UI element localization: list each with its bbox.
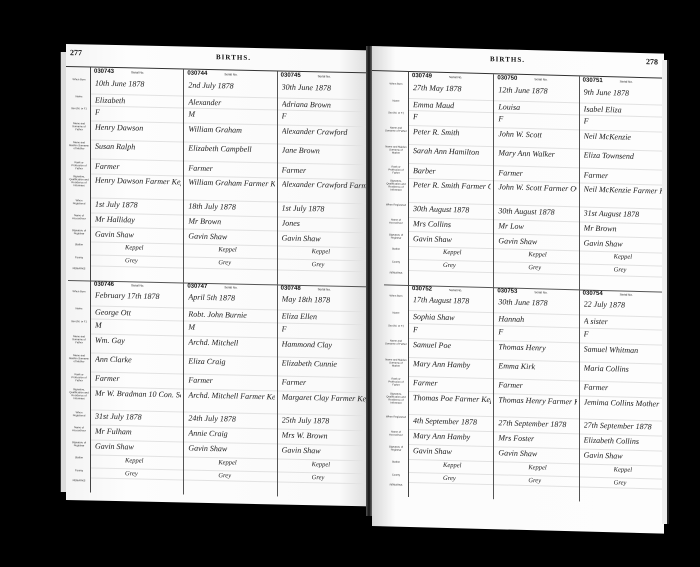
entry-name: Alexander: [188, 97, 274, 108]
row-label: Name and Maiden Surname of Mother: [385, 358, 407, 368]
entry-when-registered: 18th July 1878: [188, 201, 274, 212]
entry-informant: Thomas Poe Farmer Keppel: [413, 393, 491, 404]
serial-label: Serial No.: [131, 70, 144, 74]
row-label: Name and Surname of Father: [69, 335, 89, 344]
entry-station: Keppel: [614, 466, 662, 474]
entry-county: Grey: [443, 474, 491, 482]
entry-accoucheur: Annie Craig: [188, 429, 274, 440]
entry-when-born: May 18th 1878: [282, 295, 368, 306]
row-label: County: [385, 260, 407, 264]
entry-mother: Ann Clarke: [95, 354, 181, 365]
entry-station: Keppel: [443, 249, 491, 257]
right-register-table: When BornNameSex (M. or F.)Name and Surn…: [372, 70, 664, 504]
entry-county: Grey: [443, 262, 491, 270]
row-label: County: [69, 256, 89, 259]
entry-profession: Farmer: [282, 378, 368, 389]
row-label: Signature of Registrar: [69, 229, 89, 235]
entry-when-born: 9th June 1878: [584, 87, 662, 98]
entry-accoucheur: Mr Halliday: [95, 214, 181, 225]
row-label: Sex (M. or F.): [69, 107, 89, 110]
entry-registrar: Gavin Shaw: [282, 233, 368, 244]
entry-when-registered: 27th September 1878: [584, 421, 662, 432]
entry-column: 030743Serial No.10th June 1878ElizabethF…: [91, 68, 184, 495]
right-page-number: 278: [646, 57, 658, 66]
entry-registrar: Gavin Shaw: [584, 451, 662, 462]
entry-accoucheur: Mrs Foster: [498, 433, 576, 444]
entry-when-born: 2nd July 1878: [188, 80, 274, 91]
entry-sex: F: [95, 108, 181, 119]
entry-when-born: 30th June 1878: [282, 82, 368, 93]
row-label: Name and Surname of Father: [385, 127, 407, 134]
entry-accoucheur: Mary Ann Hamby: [413, 431, 491, 442]
entry-profession: Farmer: [584, 383, 662, 394]
entry-father: Wm. Gay: [95, 335, 181, 346]
entry-name: Elizabeth: [95, 95, 181, 106]
entry-name: A sister: [584, 317, 662, 328]
row-label: Name: [69, 95, 89, 98]
row-label: Name of Accoucheur: [69, 426, 89, 432]
entry-column: 030749Serial No.27th May 1878Emma MaudFP…: [409, 72, 494, 499]
row-label: Signature of Registrar: [385, 445, 407, 452]
left-page-number: 277: [70, 48, 82, 57]
entry-name: Hannah: [498, 314, 576, 325]
birth-entry: 030747Serial No.April 5th 1878Robt. John…: [184, 282, 276, 496]
entry-mother: Eliza Craig: [188, 356, 274, 367]
row-label: REMARKS: [385, 271, 407, 275]
entry-column: 030745Serial No.30th June 1878Adriana Br…: [278, 71, 370, 498]
birth-entry: 030754Serial No.22 July 1878A sisterFSam…: [580, 289, 664, 504]
birth-entry: 030752Serial No.17th August 1878Sophia S…: [409, 284, 493, 499]
entry-county: Grey: [614, 479, 662, 487]
birth-entry: 030753Serial No.30th June 1878HannahFTho…: [494, 287, 578, 502]
entry-sex: F: [282, 324, 368, 335]
left-entries: 030743Serial No.10th June 1878ElizabethF…: [91, 68, 370, 499]
serial-label: Serial No.: [620, 292, 633, 296]
entry-mother: Eliza Townsend: [584, 151, 662, 162]
right-page-edge: [662, 60, 669, 524]
entry-registrar: Gavin Shaw: [498, 448, 576, 459]
entry-when-born: 22 July 1878: [584, 300, 662, 311]
entry-profession: Barber: [413, 166, 491, 177]
entry-name: Emma Maud: [413, 100, 491, 111]
entry-station: Keppel: [312, 461, 368, 469]
entry-when-registered: 24th July 1878: [188, 414, 274, 425]
entry-column: 030751Serial No.9th June 1878Isabel Eliz…: [580, 76, 664, 503]
entry-accoucheur: Mr Brown: [188, 216, 274, 227]
left-register-table: When BornNameSex (M. or F.)Name and Surn…: [66, 66, 370, 498]
entry-station: Keppel: [125, 457, 181, 465]
serial-label: Serial No.: [131, 283, 144, 287]
row-rule: [184, 267, 276, 270]
birth-entry: 030749Serial No.27th May 1878Emma MaudFP…: [409, 72, 493, 288]
entry-accoucheur: Mrs W. Brown: [282, 431, 368, 442]
entry-informant: Peter R. Smith Farmer Owendow: [413, 180, 491, 191]
entry-informant: Henry Dawson Farmer Keppel: [95, 176, 181, 187]
entry-accoucheur: Jones: [282, 218, 368, 229]
entry-column: 030744Serial No.2nd July 1878AlexanderMW…: [184, 69, 277, 496]
entry-mother: Sarah Ann Hamilton: [413, 146, 491, 157]
entry-sex: F: [498, 327, 576, 338]
entry-sex: F: [282, 112, 368, 123]
row-label: Name of Accoucheur: [385, 218, 407, 225]
left-row-labels: When BornNameSex (M. or F.)Name and Surn…: [68, 67, 91, 492]
entry-registrar: Gavin Shaw: [95, 229, 181, 240]
entry-mother: Emma Kirk: [498, 361, 576, 372]
right-entries: 030749Serial No.27th May 1878Emma MaudFP…: [409, 72, 664, 504]
birth-entry: 030746Serial No.February 17th 1878George…: [91, 280, 183, 494]
serial-number: 030750: [497, 75, 517, 82]
entry-when-born: 10th June 1878: [95, 78, 181, 89]
row-rule: [278, 482, 370, 485]
row-label: Name of Accoucheur: [69, 214, 89, 220]
row-label: Rank or Profession of Father: [69, 373, 89, 382]
row-label: Rank or Profession of Father: [69, 161, 89, 170]
row-label: Name: [385, 311, 407, 315]
serial-number: 030746: [94, 281, 114, 287]
entry-father: Hammond Clay: [282, 339, 368, 350]
entry-mother: Elizabeth Cunnie: [282, 358, 368, 369]
entry-name: Isabel Eliza: [584, 104, 662, 115]
entry-informant: William Graham Farmer Keppel: [188, 178, 274, 189]
entry-informant: John W. Scott Farmer Owendow: [498, 183, 576, 194]
entry-informant: Mr W. Bradman 10 Con. Sarawak: [95, 388, 181, 399]
entry-county: Grey: [312, 474, 368, 482]
row-label: When Registered: [69, 411, 89, 417]
birth-entry: 030750Serial No.12th June 1878LouisaFJoh…: [494, 74, 578, 290]
entry-station: Keppel: [218, 247, 274, 255]
entry-when-born: 12th June 1878: [498, 85, 576, 96]
entry-station: Keppel: [312, 249, 368, 257]
serial-label: Serial No.: [534, 290, 547, 294]
entry-father: Peter R. Smith: [413, 127, 491, 138]
entry-profession: Farmer: [188, 163, 274, 174]
row-rule: [494, 484, 578, 487]
entry-sex: F: [584, 329, 662, 340]
entry-name: Eliza Ellen: [282, 312, 368, 323]
entry-accoucheur: Mr Low: [498, 221, 576, 232]
entry-father: Neil McKenzie: [584, 132, 662, 143]
serial-number: 030754: [583, 290, 603, 297]
serial-label: Serial No.: [318, 74, 331, 78]
row-rule: [91, 478, 183, 481]
entry-mother: Mary Ann Hamby: [413, 359, 491, 370]
row-label: Name and Maiden Surname of Mother: [69, 354, 89, 363]
serial-number: 030748: [281, 285, 301, 291]
entry-county: Grey: [218, 472, 274, 480]
entry-when-registered: 25th July 1878: [282, 416, 368, 427]
right-row-labels: When BornNameSex (M. or F.)Name and Surn…: [384, 71, 409, 497]
entry-accoucheur: Mrs Collins: [413, 219, 491, 230]
row-label: Signature, Qualification and Residence o…: [385, 392, 407, 405]
serial-number: 030753: [497, 288, 517, 295]
birth-entry: 030745Serial No.30th June 1878Adriana Br…: [278, 71, 370, 286]
entry-sex: M: [188, 322, 274, 333]
entry-when-born: 27th May 1878: [413, 83, 491, 94]
row-label: When Registered: [69, 199, 89, 205]
serial-number: 030752: [412, 286, 432, 293]
row-label: REMARKS: [69, 267, 89, 270]
entry-informant: Neil McKenzie Farmer Keppel: [584, 185, 662, 196]
entry-father: Samuel Poe: [413, 340, 491, 351]
entry-when-registered: 31st July 1878: [95, 412, 181, 423]
entry-profession: Farmer: [498, 168, 576, 179]
entry-sex: F: [584, 117, 662, 128]
label-block-bottom: When BornNameSex (M. or F.)Name and Surn…: [384, 284, 408, 497]
entry-profession: Farmer: [95, 374, 181, 385]
entry-when-born: February 17th 1878: [95, 291, 181, 302]
row-label: Sex (M. or F.): [385, 324, 407, 328]
entry-registrar: Gavin Shaw: [188, 444, 274, 455]
label-block-bottom: When BornNameSex (M. or F.)Name and Surn…: [68, 280, 90, 493]
row-rule: [409, 482, 493, 485]
serial-number: 030751: [583, 78, 603, 85]
row-rule: [580, 487, 664, 490]
entry-name: Robt. John Burnie: [188, 310, 274, 321]
entry-father: Archd. Mitchell: [188, 337, 274, 348]
row-label: County: [69, 469, 89, 472]
entry-mother: Susan Ralph: [95, 142, 181, 153]
row-label: Signature, Qualification and Residence o…: [69, 388, 89, 400]
entry-profession: Farmer: [95, 161, 181, 172]
row-label: Signature of Registrar: [69, 441, 89, 447]
row-label: When Born: [69, 78, 89, 81]
entry-informant: Archd. Mitchell Farmer Keppel: [188, 390, 274, 401]
entry-name: George Ott: [95, 308, 181, 319]
entry-informant: Thomas Henry Farmer Keppel: [498, 395, 576, 406]
entry-when-born: 30th June 1878: [498, 297, 576, 308]
entry-informant: Margaret Clay Farmer Keppel: [282, 392, 368, 403]
entry-when-born: April 5th 1878: [188, 293, 274, 304]
entry-father: Thomas Henry: [498, 342, 576, 353]
row-label: Station: [69, 456, 89, 459]
entry-name: Louisa: [498, 102, 576, 113]
entry-father: William Graham: [188, 125, 274, 136]
entry-accoucheur: Mr Brown: [584, 223, 662, 234]
row-rule: [580, 274, 664, 277]
row-rule: [91, 265, 183, 268]
entry-county: Grey: [614, 266, 662, 274]
entry-informant: Alexander Crawford Farmer Keppel: [282, 180, 368, 191]
row-rule: [184, 480, 276, 483]
row-label: County: [385, 473, 407, 477]
entry-county: Grey: [218, 259, 274, 267]
entry-sex: M: [95, 320, 181, 331]
entry-station: Keppel: [528, 464, 576, 472]
entry-mother: Jane Brown: [282, 146, 368, 157]
entry-sex: F: [413, 325, 491, 336]
left-page-heading: BIRTHS.: [216, 53, 251, 62]
entry-father: John W. Scott: [498, 130, 576, 141]
entry-profession: Farmer: [413, 378, 491, 389]
entry-sex: F: [413, 112, 491, 123]
entry-when-registered: 1st July 1878: [95, 199, 181, 210]
entry-when-born: 17th August 1878: [413, 295, 491, 306]
birth-entry: 030751Serial No.9th June 1878Isabel Eliz…: [580, 76, 664, 292]
entry-registrar: Gavin Shaw: [498, 236, 576, 247]
row-rule: [494, 272, 578, 275]
row-label: When Born: [385, 82, 407, 86]
serial-number: 030747: [187, 283, 207, 289]
row-label: Signature, Qualification and Residence o…: [385, 180, 407, 193]
entry-station: Keppel: [218, 459, 274, 467]
serial-number: 030745: [281, 72, 301, 78]
right-page-heading: BIRTHS.: [490, 55, 525, 64]
label-block-top: When BornNameSex (M. or F.)Name and Surn…: [384, 71, 408, 285]
row-label: Rank or Profession of Father: [385, 377, 407, 387]
entry-father: Henry Dawson: [95, 123, 181, 134]
entry-accoucheur: Mr Fulham: [95, 427, 181, 438]
row-rule: [409, 270, 493, 273]
entry-when-registered: 30th August 1878: [498, 206, 576, 217]
entry-sex: F: [498, 115, 576, 126]
entry-accoucheur: Elizabeth Collins: [584, 436, 662, 447]
entry-county: Grey: [125, 470, 181, 478]
entry-profession: Farmer: [282, 165, 368, 176]
entry-registrar: Gavin Shaw: [282, 446, 368, 457]
entry-column: 030750Serial No.12th June 1878LouisaFJoh…: [494, 74, 579, 501]
serial-label: Serial No.: [620, 79, 633, 83]
entry-sex: M: [188, 110, 274, 121]
entry-father: Samuel Whitman: [584, 344, 662, 355]
serial-number: 030744: [187, 71, 207, 77]
entry-when-registered: 1st July 1878: [282, 203, 368, 214]
serial-number: 030749: [412, 73, 432, 80]
entry-mother: Maria Collins: [584, 363, 662, 374]
entry-registrar: Gavin Shaw: [188, 231, 274, 242]
entry-station: Keppel: [528, 251, 576, 259]
entry-station: Keppel: [443, 462, 491, 470]
entry-registrar: Gavin Shaw: [413, 446, 491, 457]
entry-registrar: Gavin Shaw: [95, 442, 181, 453]
row-label: Signature of Registrar: [385, 233, 407, 240]
row-label: Sex (M. or F.): [69, 320, 89, 323]
entry-station: Keppel: [125, 245, 181, 253]
entry-when-registered: 31st August 1878: [584, 208, 662, 219]
row-label: REMARKS: [69, 479, 89, 482]
entry-name: Adriana Brown: [282, 99, 368, 110]
entry-when-registered: 27th September 1878: [498, 419, 576, 430]
row-label: When Registered: [385, 416, 407, 420]
row-label: Name and Surname of Father: [385, 339, 407, 346]
entry-station: Keppel: [614, 254, 662, 262]
entry-county: Grey: [528, 477, 576, 485]
entry-profession: Farmer: [498, 380, 576, 391]
row-label: Sex (M. or F.): [385, 112, 407, 116]
entry-county: Grey: [312, 261, 368, 269]
serial-label: Serial No.: [318, 287, 331, 291]
row-label: REMARKS: [385, 484, 407, 488]
serial-label: Serial No.: [224, 285, 237, 289]
serial-label: Serial No.: [449, 288, 462, 292]
entry-registrar: Gavin Shaw: [584, 238, 662, 249]
row-label: Name and Surname of Father: [69, 122, 89, 131]
birth-entry: 030748Serial No.May 18th 1878Eliza Ellen…: [278, 284, 370, 498]
right-page: 278 BIRTHS. When BornNameSex (M. or F.)N…: [372, 46, 664, 534]
entry-profession: Farmer: [188, 376, 274, 387]
entry-informant: Jemima Collins Mother: [584, 397, 662, 408]
row-label: Name of Accoucheur: [385, 430, 407, 437]
entry-when-registered: 30th August 1878: [413, 204, 491, 215]
row-label: Rank or Profession of Father: [385, 165, 407, 175]
left-page: 277 BIRTHS. When BornNameSex (M. or F.)N…: [66, 44, 370, 506]
row-label: Name and Maiden Surname of Mother: [69, 141, 89, 150]
birth-entry: 030743Serial No.10th June 1878ElizabethF…: [91, 68, 183, 283]
entry-profession: Farmer: [584, 170, 662, 181]
entry-mother: Elizabeth Campbell: [188, 144, 274, 155]
serial-label: Serial No.: [534, 77, 547, 81]
row-label: When Born: [69, 290, 89, 293]
row-label: Station: [69, 243, 89, 246]
entry-name: Sophia Shaw: [413, 312, 491, 323]
serial-number: 030743: [94, 69, 114, 75]
entry-when-registered: 4th September 1878: [413, 416, 491, 427]
row-rule: [278, 269, 370, 272]
row-label: Signature, Qualification and Residence o…: [69, 175, 89, 187]
entry-registrar: Gavin Shaw: [413, 234, 491, 245]
birth-entry: 030744Serial No.2nd July 1878AlexanderMW…: [184, 69, 276, 284]
row-label: When Born: [385, 294, 407, 298]
entry-county: Grey: [528, 264, 576, 272]
row-label: Station: [385, 460, 407, 464]
serial-label: Serial No.: [224, 72, 237, 76]
label-block-top: When BornNameSex (M. or F.)Name and Surn…: [68, 67, 90, 281]
serial-label: Serial No.: [449, 75, 462, 79]
row-label: Station: [385, 248, 407, 252]
entry-county: Grey: [125, 257, 181, 265]
row-label: When Registered: [385, 203, 407, 207]
row-label: Name: [385, 99, 407, 103]
row-label: Name and Maiden Surname of Mother: [385, 146, 407, 156]
row-label: Name: [69, 307, 89, 310]
entry-father: Alexander Crawford: [282, 127, 368, 138]
entry-mother: Mary Ann Walker: [498, 149, 576, 160]
